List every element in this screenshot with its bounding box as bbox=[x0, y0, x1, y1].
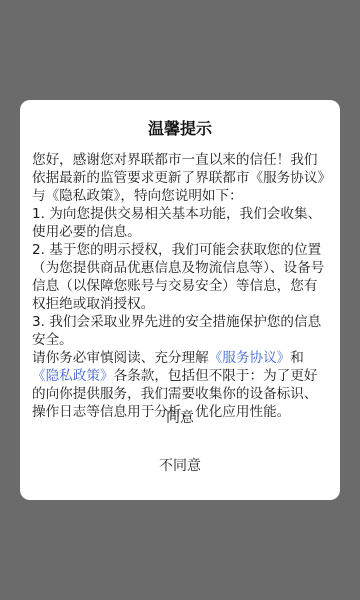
dialog-title: 温馨提示 bbox=[20, 119, 340, 139]
item-2-text: 2. 基于您的明示授权，我们可能会获取您的位置（为您提供商品优惠信息及物流信息等… bbox=[32, 241, 330, 313]
item-1-text: 1. 为向您提供交易相关基本功能，我们会收集、使用必要的信息。 bbox=[32, 205, 330, 241]
intro-text: 您好，感谢您对界联都市一直以来的信任！我们依据最新的监管要求更新了界联都市《服务… bbox=[32, 151, 330, 205]
outro-prefix: 请你务必审慎阅读、充分理解 bbox=[32, 350, 209, 366]
disagree-button[interactable]: 不同意 bbox=[20, 456, 340, 476]
agree-button[interactable]: 同意 bbox=[20, 408, 340, 428]
outro-and: 和 bbox=[290, 350, 304, 366]
dialog-body: 您好，感谢您对界联都市一直以来的信任！我们依据最新的监管要求更新了界联都市《服务… bbox=[32, 151, 330, 421]
service-agreement-link[interactable]: 《服务协议》 bbox=[209, 350, 291, 366]
item-3-text: 3. 我们会采取业界先进的安全措施保护您的信息安全。 bbox=[32, 313, 330, 349]
privacy-dialog: 温馨提示 您好，感谢您对界联都市一直以来的信任！我们依据最新的监管要求更新了界联… bbox=[20, 100, 340, 500]
privacy-policy-link[interactable]: 《隐私政策》 bbox=[32, 368, 114, 384]
